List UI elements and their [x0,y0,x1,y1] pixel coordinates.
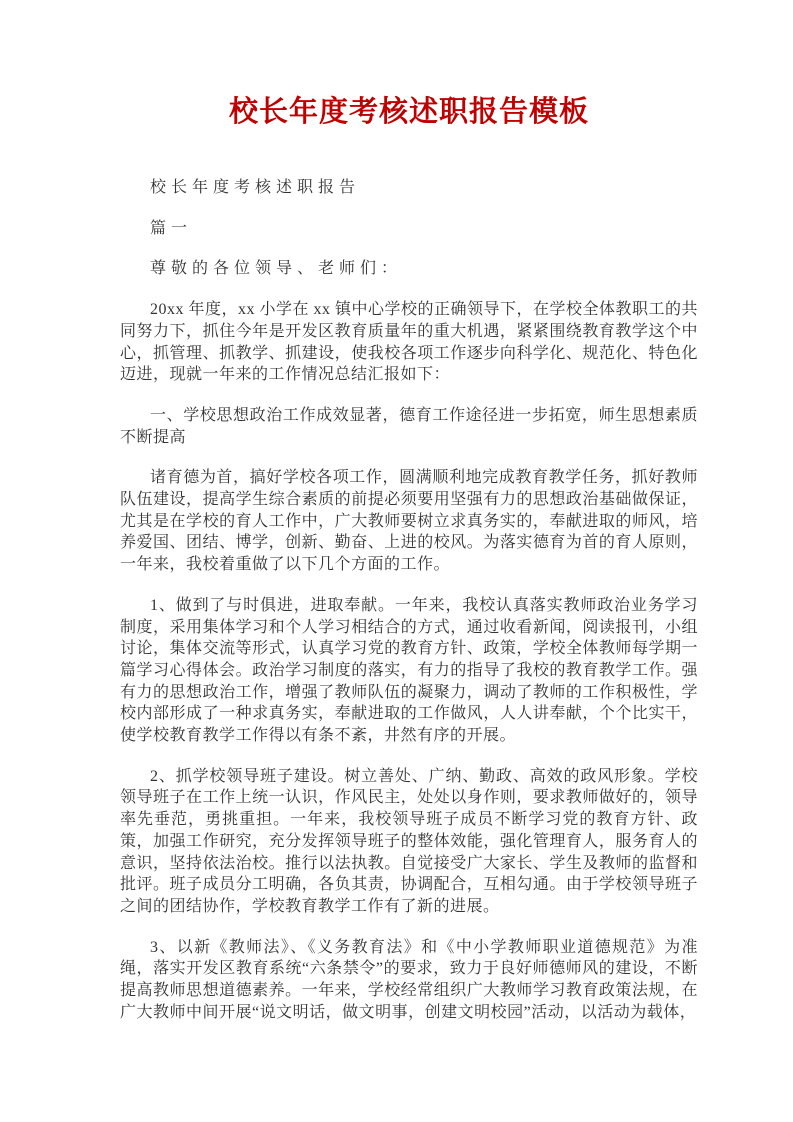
paragraph-point-2: 2、抓学校领导班子建设。树立善处、广纳、勤政、高效的政风形象。学校领导班子在工作… [120,766,698,918]
paragraph-point-1: 1、做到了与时俱进，进取奉献。一年来，我校认真落实教师政治业务学习制度，采用集体… [120,595,698,747]
paragraph-point-3: 3、以新《教师法》、《义务教育法》和《中小学教师职业道德规范》为准绳，落实开发区… [120,937,698,1024]
document-title: 校长年度考核述职报告模板 [120,92,698,132]
paragraph-subtitle: 校长年度考核述职报告 [120,177,698,199]
paragraph-part-label: 篇一 [120,218,698,240]
document-page: 校长年度考核述职报告模板 校长年度考核述职报告 篇一 尊敬的各位领导、老师们： … [0,0,793,1122]
paragraph-section-1-heading: 一、学校思想政治工作成效显著，德育工作途径进一步拓宽，师生思想素质不断提高 [120,405,698,448]
document-content: 校长年度考核述职报告模板 校长年度考核述职报告 篇一 尊敬的各位领导、老师们： … [0,0,793,1024]
paragraph-section-1-intro: 诸育德为首，搞好学校各项工作，圆满顺利地完成教育教学任务，抓好教师队伍建设，提高… [120,467,698,576]
paragraph-intro: 20xx 年度，xx 小学在 xx 镇中心学校的正确领导下，在学校全体教职工的共… [120,299,698,386]
paragraph-salutation: 尊敬的各位领导、老师们： [120,258,698,280]
